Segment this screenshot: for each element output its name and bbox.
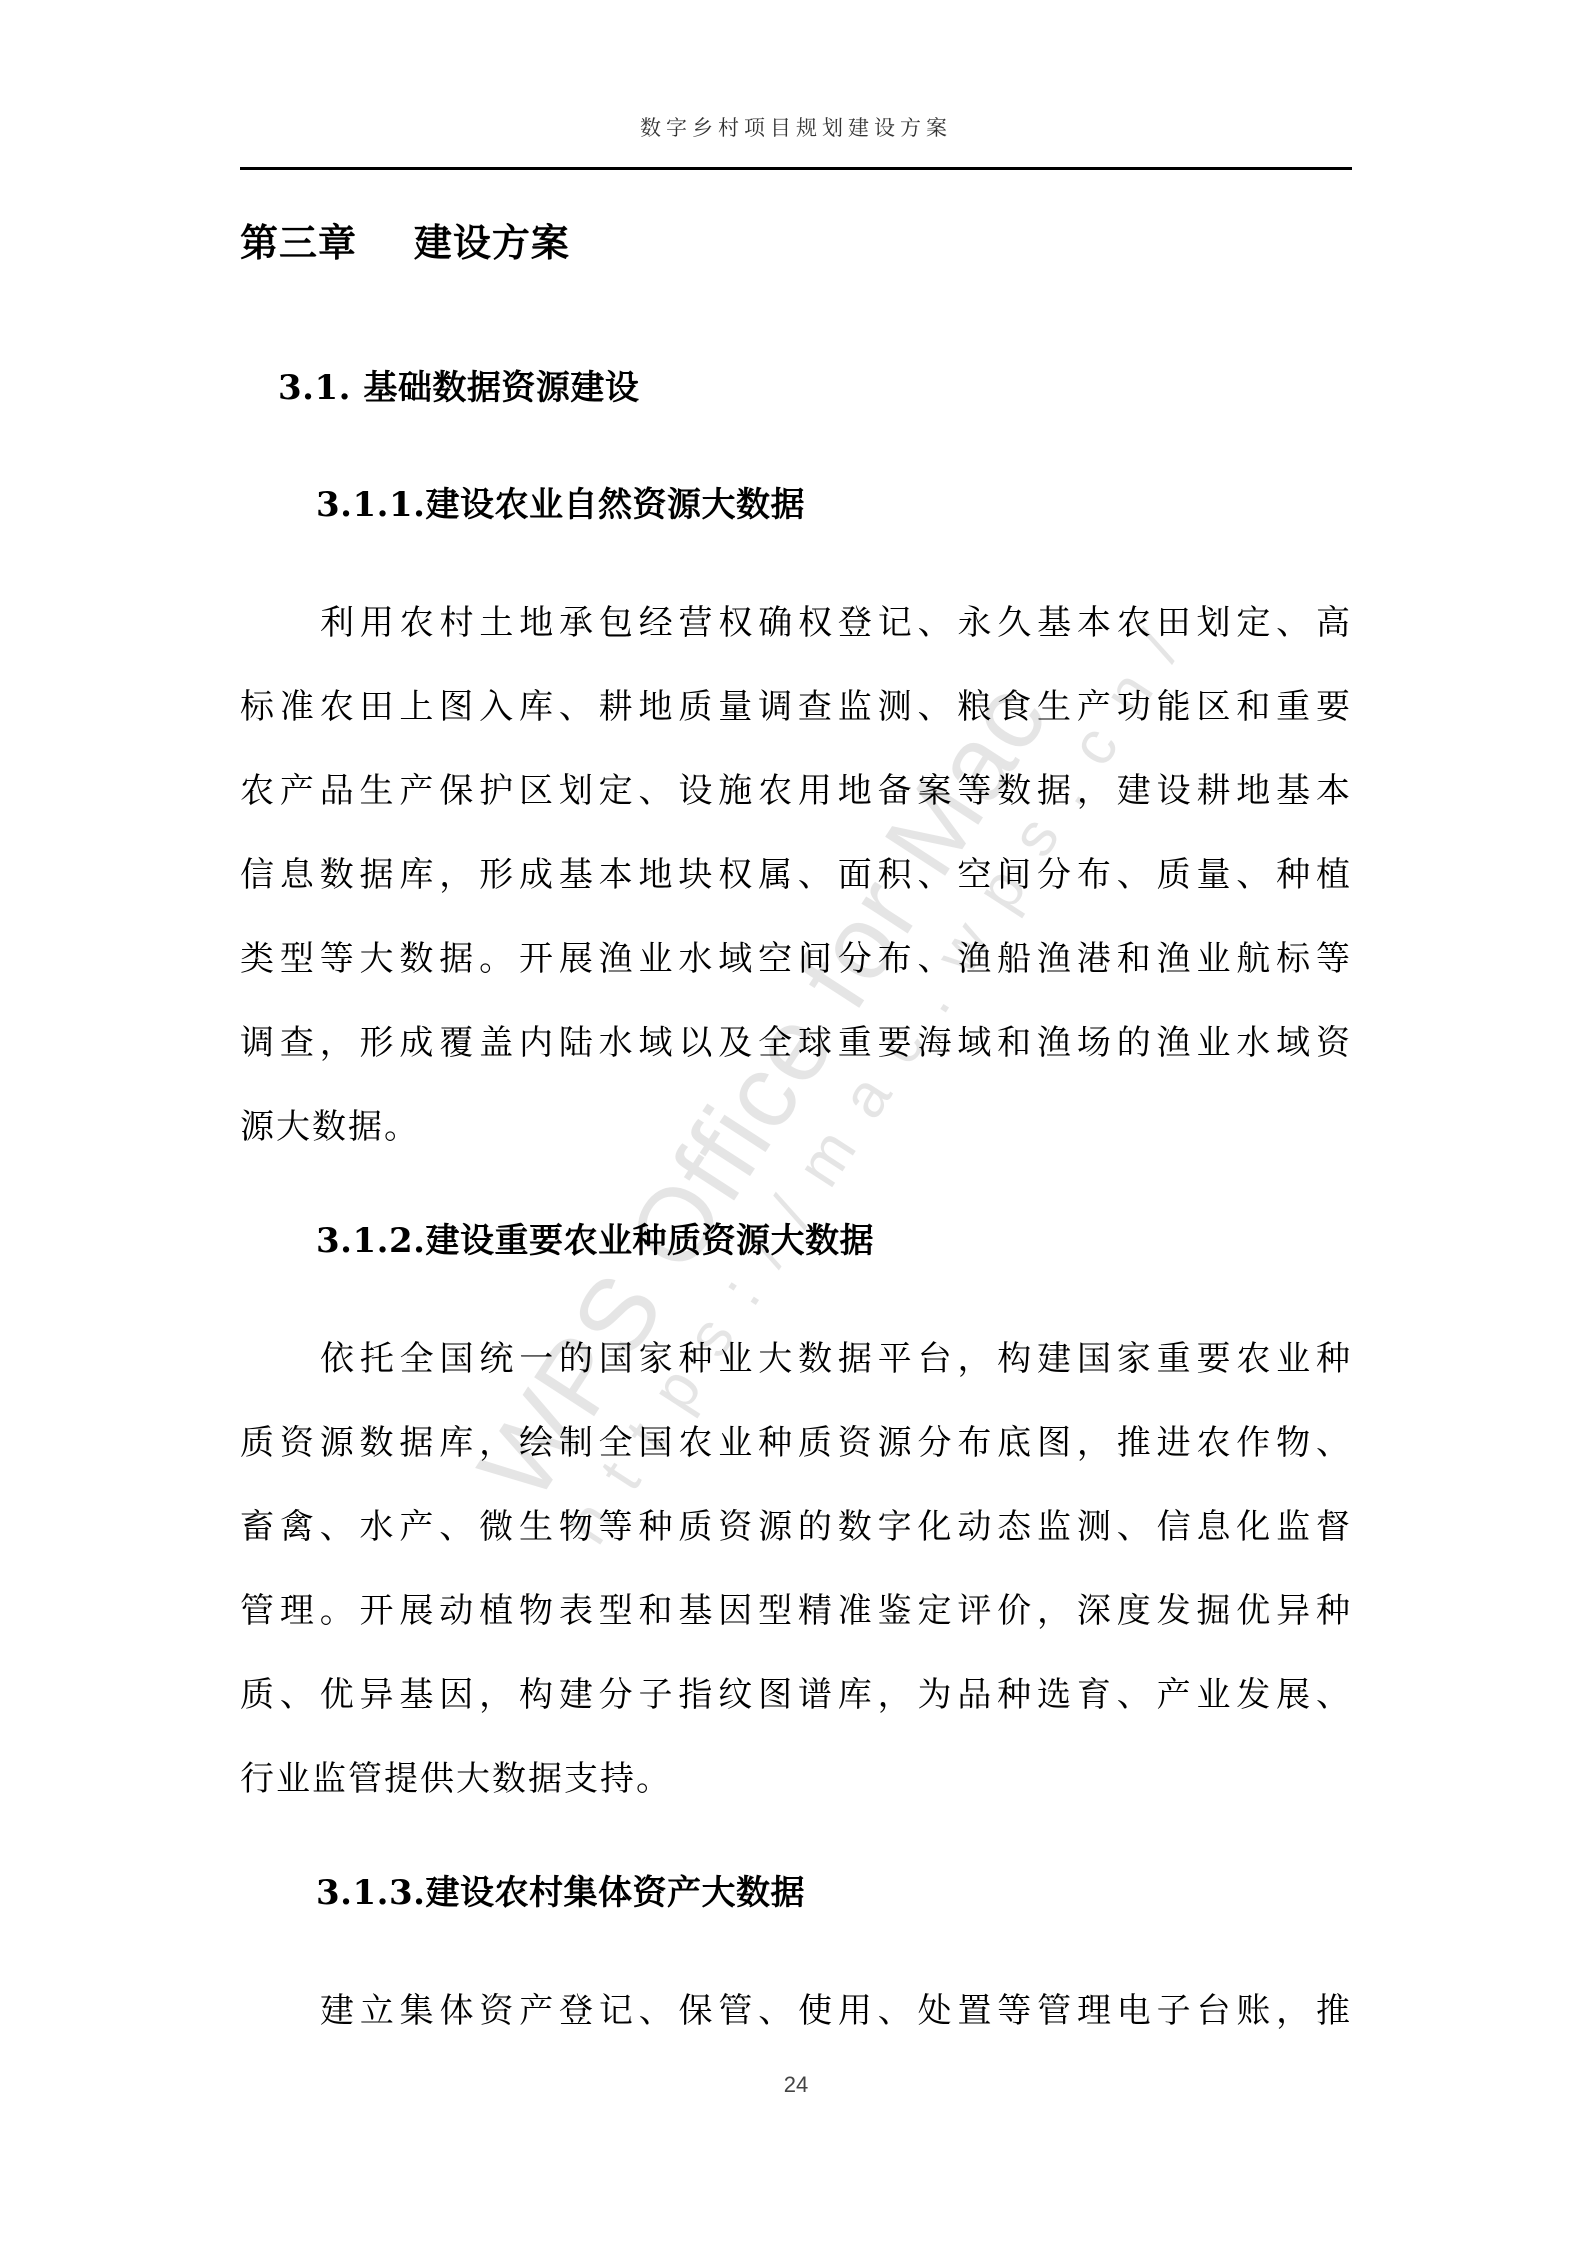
paragraph-line: 农产品生产保护区划定、设施农用地备案等数据，建设耕地基本 xyxy=(240,749,1352,833)
paragraph-3-1-1: 利用农村土地承包经营权确权登记、永久基本农田划定、高 标准农田上图入库、耕地质量… xyxy=(240,581,1352,1169)
paragraph-line: 标准农田上图入库、耕地质量调查监测、粮食生产功能区和重要 xyxy=(240,665,1352,749)
paragraph-3-1-2: 依托全国统一的国家种业大数据平台，构建国家重要农业种 质资源数据库，绘制全国农业… xyxy=(240,1317,1352,1821)
document-page: 数字乡村项目规划建设方案 第三章 建设方案 3.1. 基础数据资源建设 3.1.… xyxy=(0,0,1586,2244)
paragraph-3-1-3: 建立集体资产登记、保管、使用、处置等管理电子台账，推 xyxy=(240,1969,1352,2053)
header-divider xyxy=(240,167,1352,170)
chapter-title: 第三章 建设方案 xyxy=(240,212,570,267)
subsection-heading-3-1-3: 3.1.3.建设农村集体资产大数据 xyxy=(316,1865,805,1914)
paragraph-line: 类型等大数据。开展渔业水域空间分布、渔船渔港和渔业航标等 xyxy=(240,917,1352,1001)
paragraph-line: 质、优异基因，构建分子指纹图谱库，为品种选育、产业发展、 xyxy=(240,1653,1352,1737)
paragraph-line: 质资源数据库，绘制全国农业种质资源分布底图，推进农作物、 xyxy=(240,1401,1352,1485)
paragraph-line: 利用农村土地承包经营权确权登记、永久基本农田划定、高 xyxy=(240,581,1352,665)
paragraph-line: 调查，形成覆盖内陆水域以及全球重要海域和渔场的渔业水域资 xyxy=(240,1001,1352,1085)
paragraph-line: 源大数据。 xyxy=(240,1085,1352,1169)
paragraph-line: 畜禽、水产、微生物等种质资源的数字化动态监测、信息化监督 xyxy=(240,1485,1352,1569)
paragraph-line: 行业监管提供大数据支持。 xyxy=(240,1737,1352,1821)
subsection-heading-3-1-1: 3.1.1.建设农业自然资源大数据 xyxy=(316,477,805,526)
paragraph-line: 建立集体资产登记、保管、使用、处置等管理电子台账，推 xyxy=(240,1969,1352,2053)
subsection-heading-3-1-2: 3.1.2.建设重要农业种质资源大数据 xyxy=(316,1213,874,1262)
page-number: 24 xyxy=(240,2072,1352,2098)
paragraph-line: 信息数据库，形成基本地块权属、面积、空间分布、质量、种植 xyxy=(240,833,1352,917)
paragraph-line: 管理。开展动植物表型和基因型精准鉴定评价，深度发掘优异种 xyxy=(240,1569,1352,1653)
running-header: 数字乡村项目规划建设方案 xyxy=(240,112,1352,142)
paragraph-line: 依托全国统一的国家种业大数据平台，构建国家重要农业种 xyxy=(240,1317,1352,1401)
section-heading-3-1: 3.1. 基础数据资源建设 xyxy=(278,360,639,409)
